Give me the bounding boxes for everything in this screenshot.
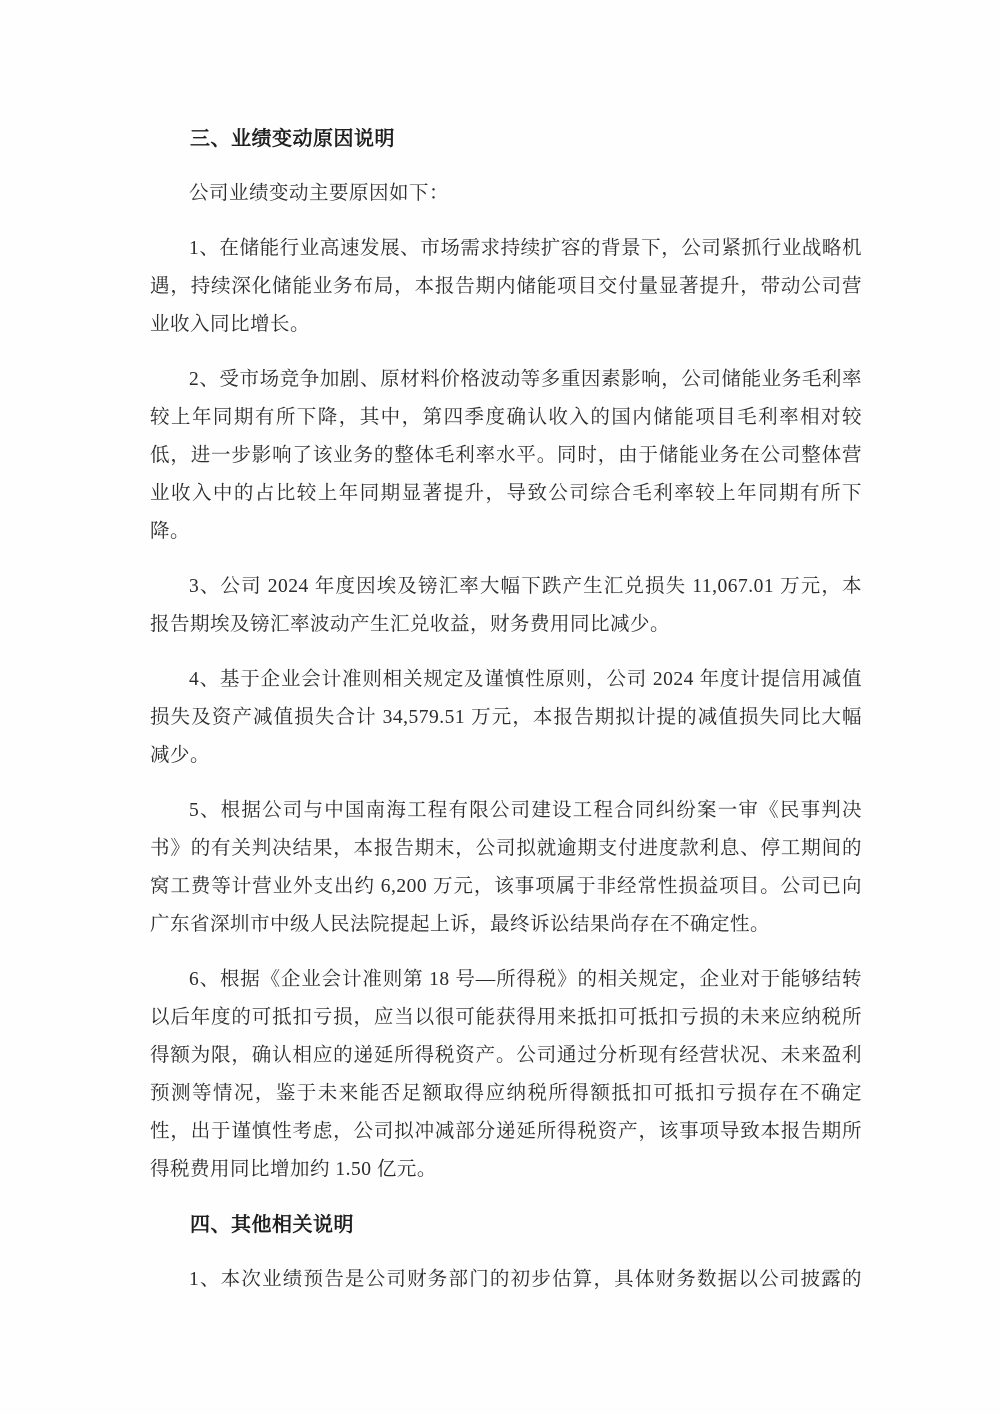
section-heading-other: 四、其他相关说明 bbox=[150, 1206, 862, 1244]
other-item-1: 1、本次业绩预告是公司财务部门的初步估算，具体财务数据以公司披露的 bbox=[150, 1261, 862, 1299]
reason-item-2: 2、受市场竞争加剧、原材料价格波动等多重因素影响，公司储能业务毛利率较上年同期有… bbox=[150, 361, 862, 551]
reason-item-6: 6、根据《企业会计准则第 18 号—所得税》的相关规定，企业对于能够结转以后年度… bbox=[150, 961, 862, 1189]
intro-paragraph: 公司业绩变动主要原因如下： bbox=[150, 175, 862, 213]
page-content: 三、业绩变动原因说明 公司业绩变动主要原因如下： 1、在储能行业高速发展、市场需… bbox=[150, 120, 862, 1316]
reason-item-5: 5、根据公司与中国南海工程有限公司建设工程合同纠纷案一审《民事判决书》的有关判决… bbox=[150, 792, 862, 944]
section-heading-reasons: 三、业绩变动原因说明 bbox=[150, 120, 862, 158]
document-page: 三、业绩变动原因说明 公司业绩变动主要原因如下： 1、在储能行业高速发展、市场需… bbox=[0, 0, 1000, 1414]
reason-item-3: 3、公司 2024 年度因埃及镑汇率大幅下跌产生汇兑损失 11,067.01 万… bbox=[150, 568, 862, 644]
reason-item-4: 4、基于企业会计准则相关规定及谨慎性原则，公司 2024 年度计提信用减值损失及… bbox=[150, 661, 862, 775]
reason-item-1: 1、在储能行业高速发展、市场需求持续扩容的背景下，公司紧抓行业战略机遇，持续深化… bbox=[150, 230, 862, 344]
